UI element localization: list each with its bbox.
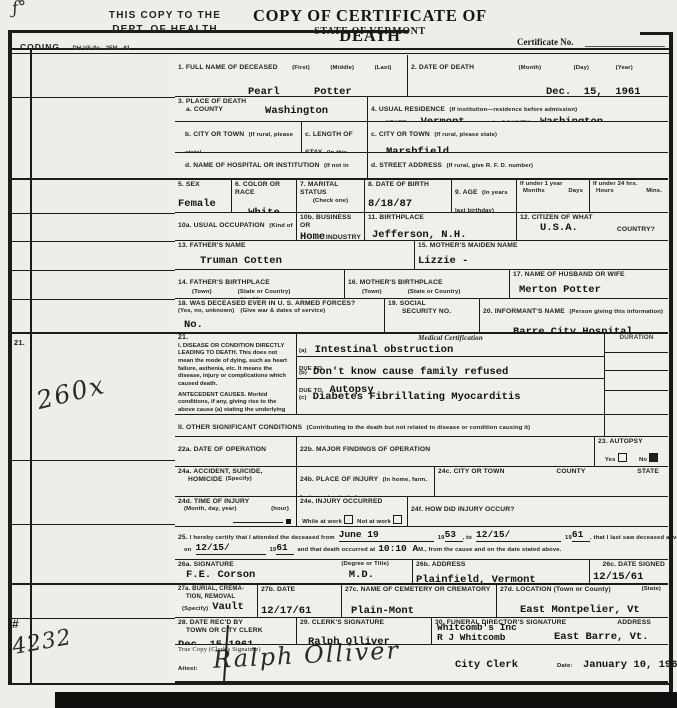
physician-signature-label: 26a. SIGNATURE — [178, 561, 234, 569]
sub-middle: (Middle) — [330, 65, 354, 71]
how-injury-label: 24f. HOW DID INJURY OCCUR? — [411, 506, 514, 513]
row-pod-residence: 3. PLACE OF DEATH a. COUNTY Washington 4… — [175, 97, 668, 122]
cause-instructions-cell: 21. I. DISEASE OR CONDITION DIRECTLY LEA… — [175, 334, 297, 414]
residence-state-value: Vermont — [421, 116, 465, 121]
duration-cell: DURATION — [605, 334, 668, 414]
under1yr-cell: If under 1 year Months Days — [517, 180, 590, 212]
residence-county-value: Washington — [540, 116, 603, 121]
cause-a-value: Intestinal obstruction — [315, 344, 454, 356]
sub-year: (Year) — [616, 65, 633, 71]
pod-county-value: Washington — [265, 105, 328, 117]
residence-state-label: a. STATE — [377, 120, 407, 121]
margin-item21: 21. — [14, 338, 25, 347]
burial-location-cell: 27d. LOCATION (Town or County) (State) E… — [497, 585, 668, 617]
margin-file-number: 4232 — [10, 625, 73, 660]
hour-blank — [233, 522, 283, 523]
months-label: Months — [523, 188, 545, 195]
place-of-death-cell: 3. PLACE OF DEATH a. COUNTY Washington — [175, 97, 368, 121]
how-injury-cell: 24f. HOW DID INJURY OCCUR? — [408, 497, 668, 526]
row-hospital-street: d. NAME OF HOSPITAL OR INSTITUTION (If n… — [175, 153, 668, 180]
item-21-number: 21. — [178, 334, 293, 343]
row-injury-time: 24d. TIME OF INJURY (Month, day, year) (… — [175, 497, 668, 527]
spouse-cell: 17. NAME OF HUSBAND OR WIFE Merton Potte… — [510, 270, 668, 298]
cause-a-tag: (a) — [299, 348, 307, 355]
place-of-injury-cell: 24b. PLACE OF INJURY (In home, farm, fac… — [297, 467, 435, 496]
residence-city-sub: (If rural, please state) — [434, 132, 497, 138]
row-certify-statement: 25. I hereby certify that I attended the… — [175, 527, 668, 560]
burial-date-label: 27b. DATE — [261, 586, 338, 594]
days-label: Days — [568, 188, 583, 195]
injury-city-cell: 24c. CITY OR TOWN COUNTY STATE — [435, 467, 668, 496]
birthplace-label: 11. BIRTHPLACE — [368, 214, 513, 222]
hours-label: Hours — [596, 188, 614, 195]
autopsy-no-checkbox — [649, 453, 658, 462]
father-bp-value: N.H. — [240, 296, 265, 298]
row-operation-autopsy: 22a. DATE OF OPERATION 22b. MAJOR FINDIN… — [175, 437, 668, 467]
under1yr-label: If under 1 year — [520, 181, 586, 188]
industry-value: Home — [300, 231, 325, 240]
informant-sub: (Person giving this information) — [569, 309, 663, 315]
sex-value: Female — [178, 198, 216, 210]
other-conditions-cell: II. OTHER SIGNIFICANT CONDITIONS (Contri… — [175, 415, 605, 436]
mother-name-label: 15. MOTHER'S MAIDEN NAME — [418, 242, 665, 250]
accident-label: 24a. ACCIDENT, SUICIDE, — [178, 468, 293, 476]
not-at-work-checkbox — [393, 515, 402, 524]
margin-rule — [8, 332, 175, 334]
coding-row: CODING DH-VS-9c—25M—61 — [20, 37, 130, 55]
operation-date-cell: 22a. DATE OF OPERATION — [175, 437, 297, 466]
burial-cell: 27a. BURIAL, CREMA- TION, REMOVAL (Speci… — [175, 585, 258, 617]
date-received-label1: 28. DATE REC'D BY — [178, 619, 293, 627]
certify-text-1: I hereby certify that I attended the dec… — [190, 535, 335, 542]
dod-label: 2. DATE OF DEATH — [411, 64, 474, 71]
burial-location-label: 27d. LOCATION (Town or County) — [500, 586, 611, 594]
physician-address-value: Plainfield, Vermont — [416, 574, 536, 583]
citizen-cell: 12. CITIZEN OF WHAT U.S.A. COUNTRY? — [517, 213, 668, 240]
armed-forces-label: 18. WAS DECEASED EVER IN U. S. ARMED FOR… — [178, 300, 381, 308]
ssn-cell: 19. SOCIAL SECURITY NO. — [385, 299, 480, 332]
residence-label: 4. USUAL RESIDENCE — [371, 106, 445, 113]
funeral-director-address: East Barre, Vt. — [554, 631, 649, 643]
mins-label: Mins. — [646, 188, 662, 195]
accident-cell: 24a. ACCIDENT, SUICIDE, HOMICIDE (Specif… — [175, 467, 297, 496]
burial-value: Vault — [212, 601, 244, 613]
pod-county-label: a. COUNTY — [186, 106, 223, 117]
certify-statement-cell: 25. I hereby certify that I attended the… — [175, 527, 677, 559]
funeral-director-cell: 30. FUNERAL DIRECTOR'S SIGNATURE ADDRESS… — [432, 618, 668, 644]
dob-cell: 8. DATE OF BIRTH 8/18/87 — [365, 180, 452, 212]
ink-mark: ƒ° — [11, 0, 28, 19]
operation-date-label: 22a. DATE OF OPERATION — [178, 446, 266, 453]
ink-square — [286, 519, 291, 524]
page-subtitle: STATE OF VERMONT — [230, 26, 510, 37]
accident-label2: HOMICIDE — [188, 476, 223, 484]
coding-label: CODING — [20, 42, 60, 52]
true-copy-cell: True Copy (Clerk's Signature) Attest: Ra… — [175, 645, 668, 681]
physician-address-label: 26b. ADDRESS — [416, 561, 586, 569]
not-at-work-label: Not at work — [357, 519, 391, 525]
ssn-label1: 19. SOCIAL — [388, 300, 476, 308]
hospital-cell: d. NAME OF HOSPITAL OR INSTITUTION (If n… — [175, 153, 368, 178]
row-clerk-director: 28. DATE REC'D BY TOWN OR CITY CLERK Dec… — [175, 618, 668, 645]
father-name-label: 13. FATHER'S NAME — [178, 242, 411, 250]
cemetery-label: 27c. NAME OF CEMETERY OR CREMATORY — [345, 586, 493, 594]
row-birthplaces: 14. FATHER'S BIRTHPLACE (Town) (State or… — [175, 270, 668, 299]
street-address-cell: d. STREET ADDRESS (If rural, give R. F. … — [368, 153, 668, 178]
physician-signature-cell: 26a. SIGNATURE (Degree or Title) F.E. Co… — [175, 560, 413, 583]
injury-state-label: STATE — [637, 468, 659, 476]
physician-address-cell: 26b. ADDRESS Plainfield, Vermont — [413, 560, 590, 583]
date-signed-value: 12/15/61 — [593, 571, 643, 583]
full-name-cell: 1. FULL NAME OF DECEASED (First) (Middle… — [175, 55, 408, 96]
birthplace-cell: 11. BIRTHPLACE Jefferson, N.H. — [365, 213, 517, 240]
length-of-stay-cell: c. LENGTH OF STAY (In this place) — [302, 122, 368, 152]
mother-name-value: Lizzie - — [418, 255, 468, 267]
row-city-stay: b. CITY OR TOWN (If rural, please state)… — [175, 122, 668, 153]
funeral-director-name: R J Whitcomb — [437, 633, 505, 644]
antecedent-title: ANTECEDENT CAUSES. — [178, 392, 246, 398]
time-of-injury-cell: 24d. TIME OF INJURY (Month, day, year) (… — [175, 497, 297, 526]
certify-text-6: M., from the cause and on the date state… — [418, 547, 561, 554]
spouse-label: 17. NAME OF HUSBAND OR WIFE — [513, 271, 665, 279]
residence-city-label: c. CITY OR TOWN — [371, 131, 430, 138]
margin-rule — [8, 583, 175, 585]
occupation-label: 10a. USUAL OCCUPATION — [178, 222, 265, 229]
street-sub: (If rural, give R. F. D. number) — [447, 163, 534, 169]
margin-hash: # — [12, 617, 19, 631]
armed-forces-value: No. — [184, 319, 203, 331]
mother-bp-state: (State or Country) — [408, 289, 461, 296]
row-true-copy: True Copy (Clerk's Signature) Attest: Ra… — [175, 645, 668, 683]
informant-value: Barre City Hospital — [513, 326, 633, 332]
race-label: 6. COLOR OR RACE — [235, 181, 293, 198]
informant-cell: 20. INFORMANT'S NAME (Person giving this… — [480, 299, 668, 332]
certify-to-value: 12/15/ — [476, 530, 561, 542]
row-occupation: 10a. USUAL OCCUPATION (Kind of work done… — [175, 213, 668, 241]
autopsy-yes-checkbox — [618, 453, 627, 462]
section-other-conditions: II. OTHER SIGNIFICANT CONDITIONS (Contri… — [175, 415, 668, 437]
burial-date-cell: 27b. DATE 12/17/61 — [258, 585, 342, 617]
race-cell: 6. COLOR OR RACE White — [232, 180, 297, 212]
margin-rule — [8, 618, 175, 619]
duration-blank-row — [605, 342, 668, 353]
injury-occurred-cell: 24e. INJURY OCCURRED While at work Not a… — [297, 497, 408, 526]
degree-label: (Degree or Title) — [341, 561, 389, 569]
autopsy-cell: 23. AUTOPSY Yes No — [595, 437, 668, 466]
informant-label: 20. INFORMANT'S NAME — [483, 308, 565, 315]
certify-to-year: 61 — [572, 530, 590, 542]
duration-blank-row — [605, 353, 668, 371]
duration-header: DURATION — [605, 334, 668, 342]
margin-rule — [8, 460, 175, 461]
row-name-dod: 1. FULL NAME OF DECEASED (First) (Middle… — [175, 55, 668, 97]
sub-day: (Day) — [574, 65, 589, 71]
form-bottom-rule — [8, 683, 670, 685]
injury-county-label: COUNTY — [556, 468, 585, 476]
father-name-cell: 13. FATHER'S NAME Truman Cotten — [175, 241, 415, 269]
duration-blank-row — [605, 371, 668, 391]
marital-status-cell: 7. MARITAL STATUS (Check one) S M W D — [297, 180, 365, 212]
armed-forces-cell: 18. WAS DECEASED EVER IN U. S. ARMED FOR… — [175, 299, 385, 332]
certify-time-value: 10:10 A — [378, 544, 418, 555]
mother-bp-label: 16. MOTHER'S BIRTHPLACE — [348, 279, 443, 286]
sub-last: (Last) — [375, 65, 392, 71]
father-birthplace-cell: 14. FATHER'S BIRTHPLACE (Town) (State or… — [175, 270, 345, 298]
ssn-label2: SECURITY NO. — [402, 308, 476, 316]
margin-rule — [8, 270, 175, 271]
autopsy-label: 23. AUTOPSY — [598, 438, 665, 446]
margin-case-code: 260x — [34, 370, 109, 415]
time-of-injury-sub: (Month, day, year) — [184, 506, 237, 513]
burial-date-value: 12/17/61 — [261, 605, 311, 617]
dob-label: 8. DATE OF BIRTH — [368, 181, 448, 189]
certify-text-4: on — [184, 547, 192, 554]
sub-first: (First) — [292, 65, 310, 71]
marital-label: 7. MARITAL STATUS — [300, 181, 361, 198]
autopsy-yes-label: Yes — [605, 457, 616, 463]
time-of-injury-hour: (hour) — [271, 506, 289, 513]
citizen-label2: COUNTRY? — [617, 226, 655, 234]
cause-lines-cell: Medical Certification (a) Intestinal obs… — [297, 334, 605, 414]
cemetery-value: Plain-Mont — [351, 605, 414, 617]
sex-label: 5. SEX — [178, 181, 228, 189]
dod-value: Dec. 15, 1961 — [546, 86, 641, 96]
date-received-cell: 28. DATE REC'D BY TOWN OR CITY CLERK Dec… — [175, 618, 297, 644]
industry-cell: 10b. BUSINESS OR Home INDUSTRY — [297, 213, 365, 240]
operation-findings-label: 22b. MAJOR FINDINGS OF OPERATION — [300, 446, 430, 453]
spouse-value: Merton Potter — [519, 284, 601, 296]
row-accident: 24a. ACCIDENT, SUICIDE, HOMICIDE (Specif… — [175, 467, 668, 497]
burial-label2: TION, REMOVAL — [186, 594, 254, 602]
date-of-death-cell: 2. DATE OF DEATH (Month) (Day) (Year) De… — [408, 55, 668, 96]
certify-text-3: , that I last saw deceased alive — [590, 535, 677, 542]
burial-location-sub: (State) — [642, 586, 661, 594]
full-name-last-value: Potter — [314, 86, 352, 96]
armed-forces-sub2: (Give war & dates of service) — [240, 308, 325, 315]
degree-value: M.D. — [349, 569, 374, 581]
father-bp-label: 14. FATHER'S BIRTHPLACE — [178, 279, 270, 286]
certificate-no-blank — [585, 46, 665, 47]
certify-no: 25. — [178, 534, 188, 542]
cemetery-cell: 27c. NAME OF CEMETERY OR CREMATORY Plain… — [342, 585, 497, 617]
while-at-work-checkbox — [344, 515, 353, 524]
residence-label-sub: (If institution—residence before admissi… — [449, 107, 577, 113]
certify-text-2: , to — [463, 535, 472, 542]
under24hr-cell: If under 24 hrs. Hours Mins. — [590, 180, 668, 212]
age-label: 9. AGE — [455, 189, 478, 196]
date-signed-cell: 26c. DATE SIGNED 12/15/61 — [590, 560, 668, 583]
physician-signature-value: F.E. Corson — [186, 569, 255, 581]
funeral-director-address-label: ADDRESS — [617, 619, 651, 627]
certify-text-5: and that death occurred at — [297, 547, 375, 554]
birthplace-value: Jefferson, N.H. — [372, 229, 467, 240]
sub-month: (Month) — [519, 65, 542, 71]
margin-rule — [8, 97, 175, 98]
stay-label: c. LENGTH OF STAY — [305, 131, 353, 152]
certify-from-year: 53 — [445, 530, 463, 542]
burial-location-value: East Montpelier, Vt — [520, 604, 640, 616]
clerk-signature-label: 29. CLERK'S SIGNATURE — [300, 619, 428, 627]
injury-city-label: 24c. CITY OR TOWN — [438, 468, 505, 476]
margin-divider — [30, 48, 32, 683]
margin-rule — [8, 178, 175, 180]
other-conditions-duration-cell — [605, 415, 668, 436]
dob-value: 8/18/87 — [368, 198, 412, 210]
row-demographics: 5. SEX Female 6. COLOR OR RACE White 7. … — [175, 180, 668, 213]
sex-cell: 5. SEX Female — [175, 180, 232, 212]
autopsy-no-label: No — [639, 457, 647, 463]
accident-sub: (Specify) — [226, 476, 252, 484]
duration-blank-row — [605, 391, 668, 409]
burial-sub: (Specify) — [182, 606, 208, 613]
father-name-value: Truman Cotten — [200, 255, 282, 267]
margin-rule — [8, 299, 175, 300]
hospital-label: d. NAME OF HOSPITAL OR INSTITUTION — [185, 162, 320, 169]
row-burial: 27a. BURIAL, CREMA- TION, REMOVAL (Speci… — [175, 585, 668, 618]
race-value: White — [248, 207, 280, 212]
age-cell: 9. AGE (In years last birthday) 73 — [452, 180, 517, 212]
marital-sub: (Check one) — [300, 198, 361, 205]
residence-county-label: b. COUNTY — [493, 120, 530, 121]
cause-b-value: Don't know cause family refused — [313, 366, 508, 378]
other-conditions-label: II. OTHER SIGNIFICANT CONDITIONS — [178, 424, 302, 431]
full-name-label: 1. FULL NAME OF DECEASED — [178, 64, 278, 71]
industry-label2: INDUSTRY — [326, 234, 361, 240]
occupation-cell: 10a. USUAL OCCUPATION (Kind of work done… — [175, 213, 297, 240]
under24hr-label: If under 24 hrs. — [593, 181, 665, 188]
pod-city-label: b. CITY OR TOWN — [185, 131, 244, 138]
residence-cell: 4. USUAL RESIDENCE (If institution—resid… — [368, 97, 668, 121]
certify-from-value: June 19 — [339, 530, 434, 542]
certificate-no-label: Certificate No. — [517, 37, 573, 47]
mother-birthplace-cell: 16. MOTHER'S BIRTHPLACE (Town) (State or… — [345, 270, 510, 298]
death-certificate-scan: ƒ° THIS COPY TO THE DEPT. OF HEALTH CODI… — [0, 0, 677, 708]
place-of-injury-label: 24b. PLACE OF INJURY — [300, 476, 378, 483]
certify-lastseen-value: 12/15/ — [196, 543, 266, 555]
date-received-value: Dec. 15-1961 — [178, 639, 254, 644]
coding-code: DH-VS-9c—25M—61 — [72, 46, 130, 52]
other-conditions-sub: (Contributing to the death but not relat… — [307, 425, 531, 431]
row-physician-signature: 26a. SIGNATURE (Degree or Title) F.E. Co… — [175, 560, 668, 585]
scan-black-bar — [55, 692, 677, 708]
while-at-work-label: While at work — [302, 519, 342, 525]
residence-city-value: Marshfield — [386, 146, 449, 152]
citizen-value: U.S.A. — [540, 222, 578, 234]
mother-name-cell: 15. MOTHER'S MAIDEN NAME Lizzie - — [415, 241, 668, 269]
injury-occurred-label: 24e. INJURY OCCURRED — [300, 498, 404, 506]
row-armed-informant: 18. WAS DECEASED EVER IN U. S. ARMED FOR… — [175, 299, 668, 334]
true-copy-date-label: Date: — [557, 663, 572, 670]
industry-label: 10b. BUSINESS OR — [300, 214, 361, 231]
certify-lastseen-year: 61 — [276, 543, 294, 555]
time-of-injury-label: 24d. TIME OF INJURY — [178, 498, 293, 506]
true-copy-date-value: January 10, 1962 — [583, 659, 677, 671]
operation-findings-cell: 22b. MAJOR FINDINGS OF OPERATION — [297, 437, 595, 466]
citizen-label: 12. CITIZEN OF WHAT — [520, 214, 665, 222]
street-label: d. STREET ADDRESS — [371, 162, 442, 169]
cause-c-value: Diabetes Fibrillating Myocarditis — [313, 391, 521, 403]
full-name-first-value: Pearl — [248, 86, 280, 96]
printed-19a: 19 — [438, 535, 445, 542]
cause-b-tag: (b) — [299, 370, 307, 377]
true-copy-title: City Clerk — [455, 659, 518, 671]
pod-city-cell: b. CITY OR TOWN (If rural, please state)… — [175, 122, 302, 152]
border-left — [8, 30, 12, 685]
mother-bp-value: - — [406, 296, 412, 298]
cause-c-tag: (c) — [299, 395, 307, 402]
residence-city-cell: c. CITY OR TOWN (If rural, please state)… — [368, 122, 668, 152]
burial-label: 27a. BURIAL, CREMA- — [178, 586, 254, 594]
printed-19c: 19 — [270, 547, 277, 554]
printed-19b: 19 — [565, 535, 572, 542]
border-right — [669, 33, 673, 708]
medical-certification-header: Medical Certification — [297, 334, 604, 343]
margin-rule — [8, 241, 175, 242]
section-cause-of-death: 21. I. DISEASE OR CONDITION DIRECTLY LEA… — [175, 334, 668, 415]
margin-rule — [8, 213, 175, 214]
margin-rule — [8, 524, 175, 525]
row-parents: 13. FATHER'S NAME Truman Cotten 15. MOTH… — [175, 241, 668, 270]
